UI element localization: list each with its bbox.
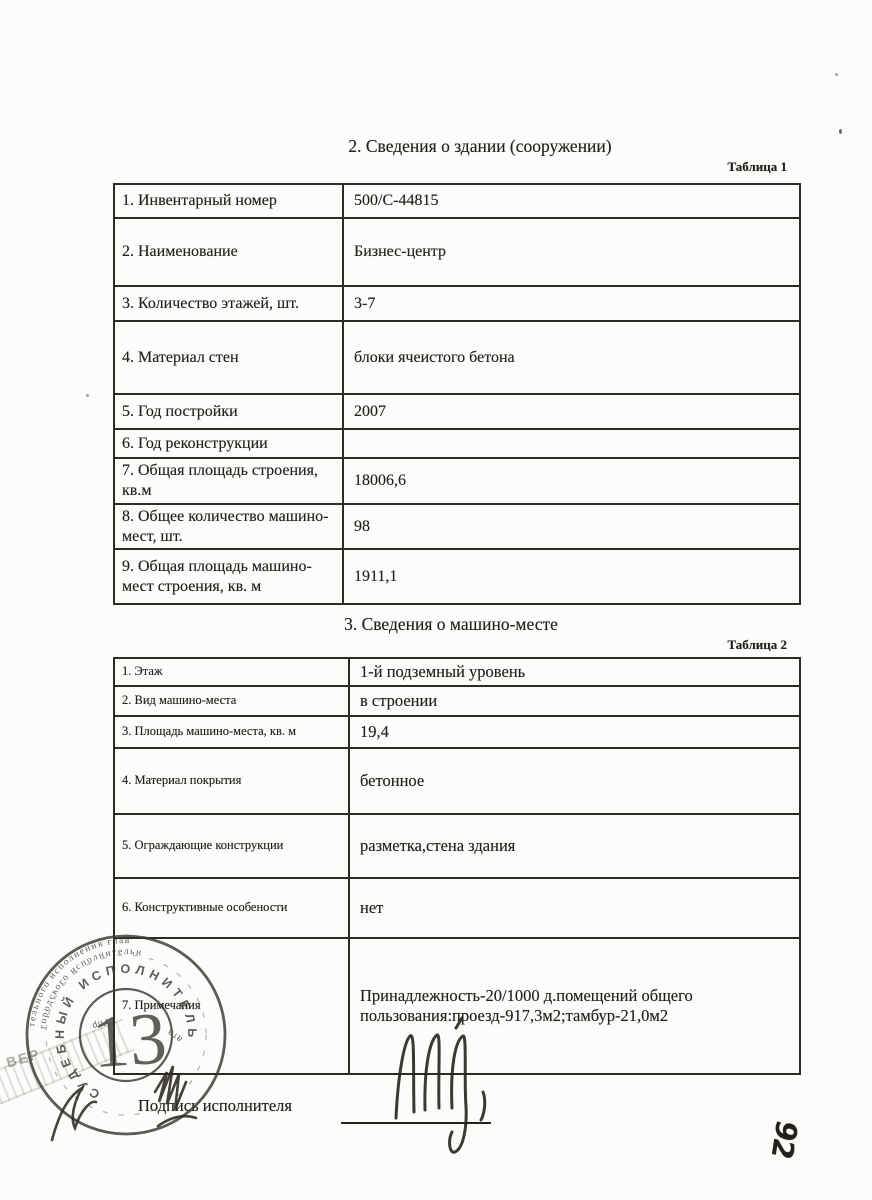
scan-speck bbox=[86, 394, 89, 397]
table-row: 3. Количество этажей, шт. 3-7 bbox=[114, 286, 800, 321]
row-label: 2. Вид машино-места bbox=[114, 686, 349, 716]
row-label: 4. Материал покрытия bbox=[114, 748, 349, 814]
table-row: 4. Материал покрытия бетонное bbox=[114, 748, 800, 814]
row-value: 19,4 bbox=[349, 716, 800, 748]
row-label: 3. Количество этажей, шт. bbox=[114, 286, 343, 321]
table-row: 4. Материал стен блоки ячеистого бетона bbox=[114, 321, 800, 394]
table-row: 8. Общее количество машино-мест, шт. 98 bbox=[114, 504, 800, 549]
table2-caption: Таблица 2 bbox=[113, 637, 787, 653]
table-row: 1. Этаж 1-й подземный уровень bbox=[114, 658, 800, 686]
row-value bbox=[343, 429, 800, 458]
row-value: 18006,6 bbox=[343, 458, 800, 504]
table-row: 2. Наименование Бизнес-центр bbox=[114, 218, 800, 286]
row-value: нет bbox=[349, 878, 800, 938]
table-row: 7. Общая площадь строения, кв.м 18006,6 bbox=[114, 458, 800, 504]
row-value: в строении bbox=[349, 686, 800, 716]
row-label: 7. Общая площадь строения, кв.м bbox=[114, 458, 343, 504]
signature-line bbox=[341, 1104, 491, 1124]
table-row: 5. Год постройки 2007 bbox=[114, 394, 800, 429]
row-value: 2007 bbox=[343, 394, 800, 429]
scan-speck bbox=[839, 129, 842, 134]
row-value: 98 bbox=[343, 504, 800, 549]
table-row: 5. Ограждающие конструкции разметка,стен… bbox=[114, 814, 800, 878]
table-row: 3. Площадь машино-места, кв. м 19,4 bbox=[114, 716, 800, 748]
row-label: 5. Год постройки bbox=[114, 394, 343, 429]
row-label: 1. Этаж bbox=[114, 658, 349, 686]
scan-speck bbox=[571, 143, 573, 145]
row-value: Бизнес-центр bbox=[343, 218, 800, 286]
row-label: 9. Общая площадь машино-мест строения, к… bbox=[114, 549, 343, 604]
row-label: 4. Материал стен bbox=[114, 321, 343, 394]
section-title-building: 2. Сведения о здании (сооружении) bbox=[113, 136, 847, 157]
row-label: 5. Ограждающие конструкции bbox=[114, 814, 349, 878]
row-value: 1-й подземный уровень bbox=[349, 658, 800, 686]
row-value: разметка,стена здания bbox=[349, 814, 800, 878]
table-row: 1. Инвентарный номер 500/С-44815 bbox=[114, 184, 800, 218]
table-row: 9. Общая площадь машино-мест строения, к… bbox=[114, 549, 800, 604]
row-label: 6. Год реконструкции bbox=[114, 429, 343, 458]
row-value: блоки ячеистого бетона bbox=[343, 321, 800, 394]
table-row: 2. Вид машино-места в строении bbox=[114, 686, 800, 716]
row-value: 3-7 bbox=[343, 286, 800, 321]
stamp-bottom-fragment-right: ата bbox=[165, 1027, 184, 1045]
building-info-table: 1. Инвентарный номер 500/С-44815 2. Наим… bbox=[113, 183, 801, 605]
row-value: 1911,1 bbox=[343, 549, 800, 604]
table-row: 6. Год реконструкции bbox=[114, 429, 800, 458]
table1-caption: Таблица 1 bbox=[113, 159, 787, 175]
row-value: Принадлежность-20/1000 д.помещений общег… bbox=[349, 938, 800, 1074]
scanned-document-page: 2. Сведения о здании (сооружении) Таблиц… bbox=[0, 0, 872, 1200]
scan-speck bbox=[835, 73, 838, 76]
row-label: 1. Инвентарный номер bbox=[114, 184, 343, 218]
row-label: 3. Площадь машино-места, кв. м bbox=[114, 716, 349, 748]
row-value: 500/С-44815 bbox=[343, 184, 800, 218]
row-value: бетонное bbox=[349, 748, 800, 814]
row-label: 2. Наименование bbox=[114, 218, 343, 286]
handwritten-page-number: 92 bbox=[765, 1117, 804, 1162]
section-title-parking-space: 3. Сведения о машино-месте bbox=[84, 614, 818, 635]
row-label: 8. Общее количество машино-мест, шт. bbox=[114, 504, 343, 549]
